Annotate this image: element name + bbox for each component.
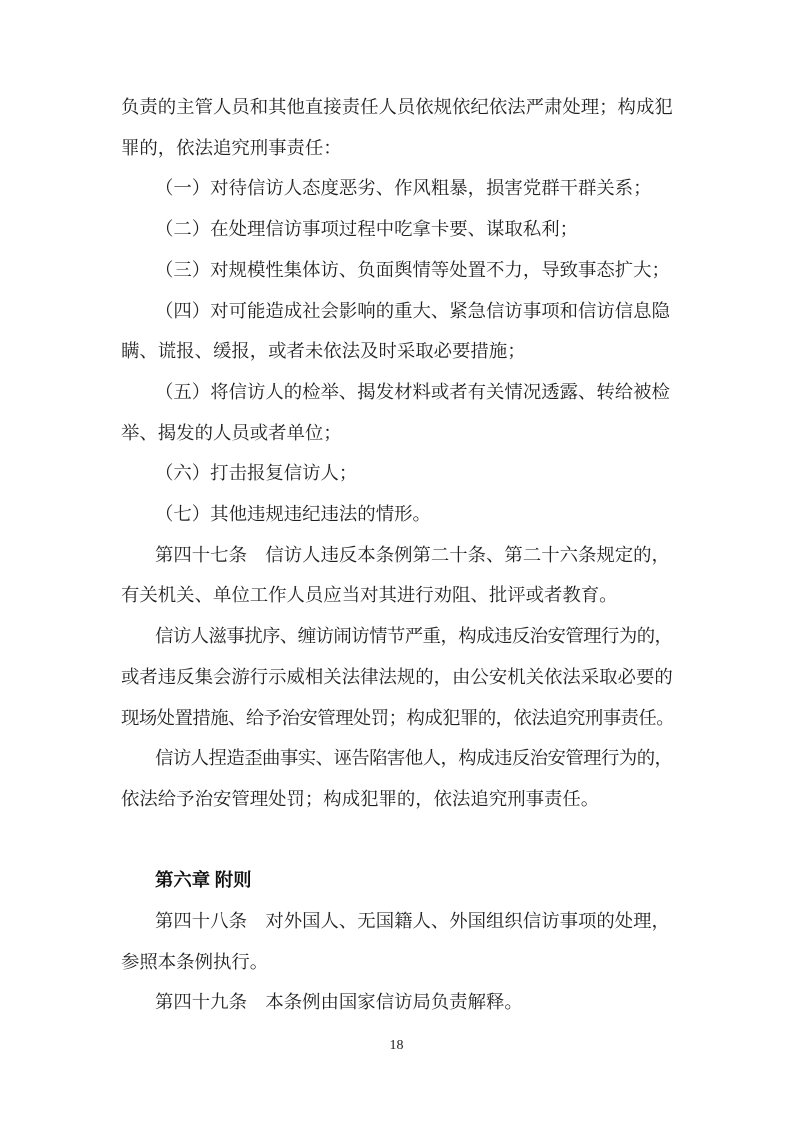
clause-item-3: （三）对规模性集体访、负面舆情等处置不力，导致事态扩大； — [121, 250, 721, 291]
article-48: 第四十八条 对外国人、无国籍人、外国组织信访事项的处理， — [121, 901, 721, 942]
text-line: 信访人捏造歪曲事实、诬告陷害他人，构成违反治安管理行为的， — [121, 738, 721, 779]
text-line: 依法给予治安管理处罚；构成犯罪的，依法追究刑事责任。 — [121, 779, 721, 820]
clause-item-1: （一）对待信访人态度恶劣、作风粗暴，损害党群干群关系； — [121, 168, 721, 209]
text-line: 举、揭发的人员或者单位； — [121, 413, 721, 454]
clause-item-6: （六）打击报复信访人； — [121, 453, 721, 494]
text-line: 现场处置措施、给予治安管理处罚；构成犯罪的，依法追究刑事责任。 — [121, 698, 721, 739]
article-49: 第四十九条 本条例由国家信访局负责解释。 — [121, 982, 721, 1023]
text-line: 有关机关、单位工作人员应当对其进行劝阻、批评或者教育。 — [121, 575, 721, 616]
clause-item-5: （五）将信访人的检举、揭发材料或者有关情况透露、转给被检 — [121, 372, 721, 413]
clause-item-7: （七）其他违规违纪违法的情形。 — [121, 494, 721, 535]
text-line: 罪的，依法追究刑事责任： — [121, 128, 721, 169]
chapter-heading: 第六章 附则 — [121, 860, 721, 901]
article-47: 第四十七条 信访人违反本条例第二十条、第二十六条规定的， — [121, 535, 721, 576]
page-number: 18 — [0, 1036, 793, 1056]
text-line: 负责的主管人员和其他直接责任人员依规依纪依法严肃处理；构成犯 — [121, 87, 721, 128]
text-line: 信访人滋事扰序、缠访闹访情节严重，构成违反治安管理行为的， — [121, 616, 721, 657]
clause-item-4: （四）对可能造成社会影响的重大、紧急信访事项和信访信息隐 — [121, 291, 721, 332]
text-line: 或者违反集会游行示威相关法律法规的，由公安机关依法采取必要的 — [121, 657, 721, 698]
clause-item-2: （二）在处理信访事项过程中吃拿卡要、谋取私利； — [121, 209, 721, 250]
text-line: 参照本条例执行。 — [121, 942, 721, 983]
text-line: 瞒、谎报、缓报，或者未依法及时采取必要措施； — [121, 331, 721, 372]
document-page: 负责的主管人员和其他直接责任人员依规依纪依法严肃处理；构成犯 罪的，依法追究刑事… — [0, 0, 793, 1122]
document-body: 负责的主管人员和其他直接责任人员依规依纪依法严肃处理；构成犯 罪的，依法追究刑事… — [121, 87, 721, 1023]
